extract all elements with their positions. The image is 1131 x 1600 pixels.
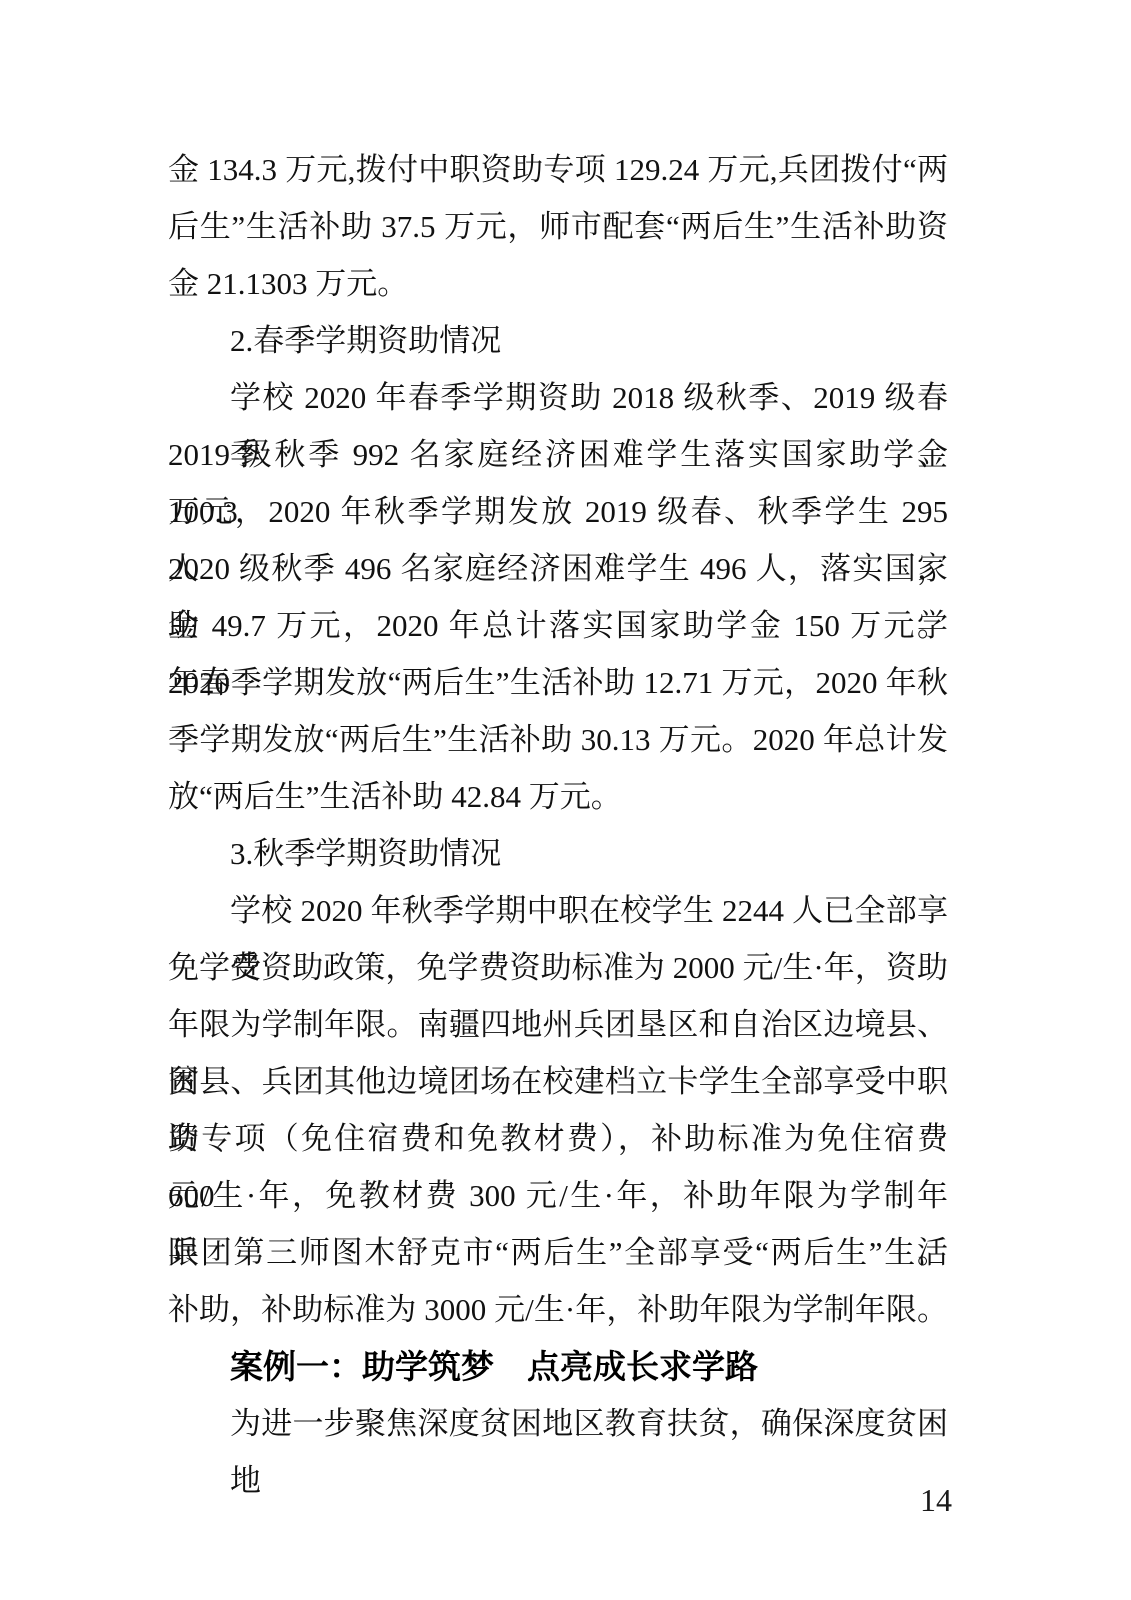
text-line: 年限为学制年限。南疆四地州兵团垦区和自治区边境县、贫 [168,996,948,1053]
document-body: 金 134.3 万元,拨付中职资助专项 129.24 万元,兵团拨付“两后生”生… [168,141,948,1452]
document-page: 金 134.3 万元,拨付中职资助专项 129.24 万元,兵团拨付“两后生”生… [0,0,1131,1600]
text-line: 免学费资助政策，免学费资助标准为 2000 元/生·年，资助 [168,939,948,996]
text-line: 元/生·年，免教材费 300 元/生·年，补助年限为学制年限。 [168,1167,948,1224]
text-line: 金 21.1303 万元。 [168,255,948,312]
text-line: 2019 级秋季 992 名家庭经济困难学生落实国家助学金 100.3 [168,426,948,483]
text-line: 金 134.3 万元,拨付中职资助专项 129.24 万元,兵团拨付“两 [168,141,948,198]
text-line: 困县、兵团其他边境团场在校建档立卡学生全部享受中职资 [168,1053,948,1110]
text-line: 兵团第三师图木舒克市“两后生”全部享受“两后生”生活 [168,1224,948,1281]
text-line: 学校 2020 年秋季学期中职在校学生 2244 人已全部享受 [168,882,948,939]
text-line: 助专项（免住宿费和免教材费），补助标准为免住宿费 600 [168,1110,948,1167]
case-heading: 案例一：助学筑梦 点亮成长求学路 [168,1338,948,1395]
text-line: 2020 级秋季 496 名家庭经济困难学生 496 人，落实国家助学 [168,540,948,597]
section-heading: 2.春季学期资助情况 [168,312,948,369]
section-heading: 3.秋季学期资助情况 [168,825,948,882]
page-number: 14 [920,1480,952,1520]
text-line: 为进一步聚焦深度贫困地区教育扶贫，确保深度贫困地 [168,1395,948,1452]
text-line: 万元，2020 年秋季学期发放 2019 级春、秋季学生 295 人， [168,483,948,540]
text-line: 金 49.7 万元，2020 年总计落实国家助学金 150 万元。2020 [168,597,948,654]
text-line: 放“两后生”生活补助 42.84 万元。 [168,768,948,825]
text-line: 年春季学期发放“两后生”生活补助 12.71 万元，2020 年秋 [168,654,948,711]
text-line: 学校 2020 年春季学期资助 2018 级秋季、2019 级春季、 [168,369,948,426]
text-line: 后生”生活补助 37.5 万元，师市配套“两后生”生活补助资 [168,198,948,255]
text-line: 补助，补助标准为 3000 元/生·年，补助年限为学制年限。 [168,1281,948,1338]
text-line: 季学期发放“两后生”生活补助 30.13 万元。2020 年总计发 [168,711,948,768]
